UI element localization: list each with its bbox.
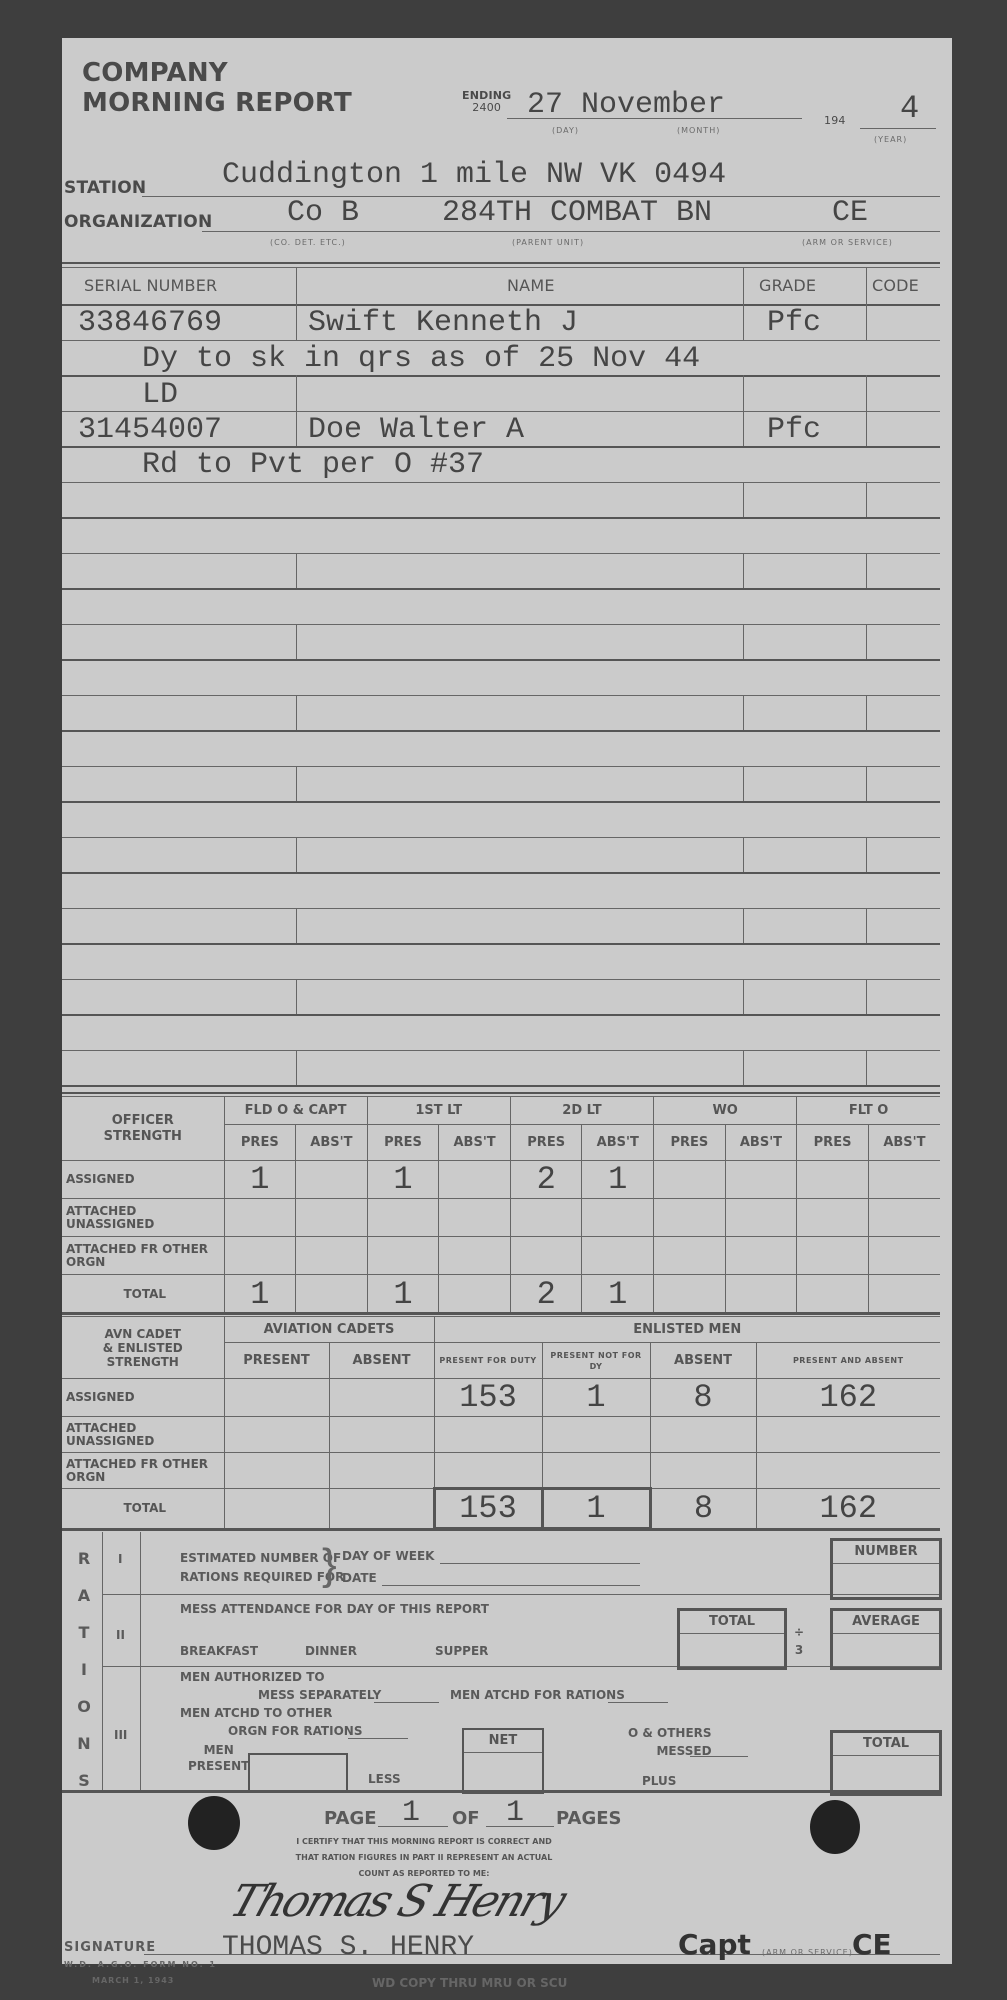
col-code: CODE: [872, 276, 919, 295]
cell: [582, 1237, 654, 1275]
col-absent: ABSENT: [650, 1343, 756, 1379]
cell: [654, 1199, 726, 1237]
breakfast-label: BREAKFAST: [180, 1644, 258, 1658]
date-label: DATE: [342, 1571, 377, 1585]
mess-separately-field[interactable]: [374, 1702, 439, 1703]
total-box-label: TOTAL: [680, 1611, 784, 1634]
part-2-numeral: II: [116, 1628, 125, 1642]
cell: [868, 1161, 940, 1199]
cell: [296, 1161, 368, 1199]
station-value: Cuddington 1 mile NW VK 0494: [222, 158, 726, 192]
signer-rank: Capt: [678, 1928, 751, 1961]
letter: A: [72, 1577, 96, 1614]
divider: [296, 267, 297, 340]
page-label: PAGE: [324, 1808, 377, 1829]
o-others-label: O & OTHERS MESSED: [628, 1724, 712, 1760]
rule: [102, 1594, 940, 1595]
cell: [868, 1199, 940, 1237]
organization-label: ORGANIZATION: [64, 212, 212, 232]
rule: [62, 1092, 940, 1094]
title-line: OFFICER: [62, 1113, 224, 1129]
part-1-numeral: I: [118, 1552, 122, 1566]
row-label: ATTACHED UNASSIGNED: [62, 1417, 224, 1453]
divider: [296, 1050, 297, 1085]
cell: 162: [756, 1489, 940, 1529]
divider: [743, 695, 744, 730]
supper-label: SUPPER: [435, 1644, 488, 1658]
cell: [542, 1417, 650, 1453]
rule: [62, 1050, 940, 1051]
caption-co: (CO. DET. ETC.): [270, 238, 346, 247]
group-flt-o: FLT O: [797, 1097, 940, 1125]
divider: [866, 553, 867, 588]
cell: [650, 1417, 756, 1453]
divider: [866, 837, 867, 872]
entry-remark: LD: [142, 378, 178, 412]
sub-abst: ABS'T: [296, 1125, 368, 1161]
cell: 1: [582, 1161, 654, 1199]
page-number: 1: [402, 1796, 420, 1830]
rations-side-label: R A T I O N S: [72, 1540, 96, 1799]
cell: [439, 1199, 511, 1237]
number-box[interactable]: NUMBER: [830, 1538, 942, 1600]
rule: [62, 908, 940, 909]
rule: [62, 340, 940, 341]
divider: [743, 979, 744, 1014]
row-label: ATTACHED FR OTHER ORGN: [62, 1453, 224, 1489]
cell: [542, 1453, 650, 1489]
entries-top-rule: [62, 262, 940, 264]
divider: [743, 766, 744, 801]
divider: [743, 624, 744, 659]
rule: [62, 943, 940, 945]
row-label: TOTAL: [62, 1489, 224, 1529]
group-wo: WO: [654, 1097, 797, 1125]
divider: [743, 837, 744, 872]
rule: [62, 1014, 940, 1016]
atchd-rations-field[interactable]: [608, 1702, 668, 1703]
cell: [868, 1275, 940, 1315]
caption-parent: (PARENT UNIT): [512, 238, 584, 247]
caption-arm: (ARM OR SERVICE): [802, 238, 893, 247]
cell: 1: [367, 1275, 439, 1315]
ending-label: ENDING 2400: [462, 90, 511, 114]
enlisted-row-attached-fr-other: ATTACHED FR OTHER ORGN: [62, 1453, 940, 1489]
row-label: ASSIGNED: [62, 1379, 224, 1417]
net-box[interactable]: NET: [462, 1728, 544, 1794]
title-line: STRENGTH: [62, 1355, 224, 1369]
divider: [296, 837, 297, 872]
plus-label: PLUS: [642, 1774, 676, 1788]
pages-label: PAGES: [556, 1808, 622, 1829]
rule: [62, 801, 940, 803]
page-total: 1: [506, 1796, 524, 1830]
divider: [296, 979, 297, 1014]
signer-arm: CE: [852, 1928, 892, 1961]
rule: [62, 695, 940, 696]
atchd-rations-label: MEN ATCHD FOR RATIONS: [450, 1688, 625, 1702]
net-box-label: NET: [464, 1730, 542, 1753]
certify-line: I CERTIFY THAT THIS MORNING REPORT IS CO…: [274, 1834, 574, 1850]
cell: [510, 1237, 582, 1275]
cell: 153: [434, 1489, 542, 1529]
group-aviation-cadets: AVIATION CADETS: [224, 1317, 434, 1343]
o-others-field[interactable]: [690, 1756, 748, 1757]
group-2d-lt: 2D LT: [510, 1097, 653, 1125]
year-value: 4: [900, 90, 919, 127]
rule: [62, 624, 940, 625]
cell: [329, 1453, 434, 1489]
enlisted-strength-table: AVN CADET & ENLISTED STRENGTH AVIATION C…: [62, 1316, 940, 1530]
divider: [866, 267, 867, 340]
label-line: MESSED: [628, 1742, 712, 1760]
day-caption: (DAY): [552, 126, 579, 135]
entry-serial: 33846769: [78, 306, 222, 340]
divider: [296, 375, 297, 446]
rule: [62, 517, 940, 519]
sub-abst: ABS'T: [868, 1125, 940, 1161]
col-cadets-present: PRESENT: [224, 1343, 329, 1379]
title-line-2: MORNING REPORT: [82, 88, 352, 118]
col-name: NAME: [507, 276, 555, 295]
divider: [743, 1050, 744, 1085]
cell: 1: [224, 1275, 296, 1315]
part-1-label: ESTIMATED NUMBER OF RATIONS REQUIRED FOR: [180, 1549, 344, 1587]
col-cadets-absent: ABSENT: [329, 1343, 434, 1379]
officer-strength-title: OFFICER STRENGTH: [62, 1097, 224, 1161]
cell: [224, 1379, 329, 1417]
cell: [224, 1489, 329, 1529]
cell: [654, 1161, 726, 1199]
form-number: W.D. A.G.O. FORM NO. 1: [64, 1960, 217, 1969]
divider: [743, 908, 744, 943]
cell: [329, 1379, 434, 1417]
section-rule: [62, 1312, 940, 1315]
divider: [102, 1532, 103, 1790]
divider: [866, 766, 867, 801]
cell: [439, 1275, 511, 1315]
officer-row-assigned: ASSIGNED 1 1 2 1: [62, 1161, 940, 1199]
cell: 1: [542, 1489, 650, 1529]
signer-typed-name: THOMAS S. HENRY: [222, 1932, 474, 1963]
title-line: STRENGTH: [62, 1129, 224, 1145]
section-rule: [62, 1528, 940, 1531]
wax-seal-right: [810, 1800, 860, 1854]
other-line-1: MEN ATCHD TO OTHER: [180, 1706, 332, 1720]
cell: [224, 1417, 329, 1453]
sub-abst: ABS'T: [725, 1125, 797, 1161]
col-grade: GRADE: [759, 276, 816, 295]
cell: [725, 1199, 797, 1237]
entry-grade: Pfc: [767, 413, 821, 447]
col-present-not-for-duty: PRESENT NOT FOR DY: [542, 1343, 650, 1379]
cell: [296, 1275, 368, 1315]
cell: [797, 1237, 869, 1275]
cell: [654, 1275, 726, 1315]
enlisted-row-attached-unassigned: ATTACHED UNASSIGNED: [62, 1417, 940, 1453]
arm-caption: (ARM OR SERVICE): [762, 1948, 853, 1957]
copy-note: WD COPY THRU MRU OR SCU: [372, 1976, 567, 1990]
cell: [296, 1237, 368, 1275]
cell: 8: [650, 1379, 756, 1417]
wax-seal-left: [188, 1796, 240, 1850]
part-3-total-box[interactable]: TOTAL: [830, 1730, 942, 1796]
brace-icon: }: [322, 1540, 337, 1590]
cell: [224, 1199, 296, 1237]
divider: [296, 695, 297, 730]
cell: [725, 1275, 797, 1315]
entry-name: Swift Kenneth J: [308, 306, 578, 340]
year-prefix: 194: [824, 114, 846, 127]
cell: 8: [650, 1489, 756, 1529]
cell: 1: [582, 1275, 654, 1315]
cell: [756, 1417, 940, 1453]
enlisted-row-total: TOTAL 153 1 8 162: [62, 1489, 940, 1529]
dinner-label: DINNER: [305, 1644, 357, 1658]
cell: 1: [542, 1379, 650, 1417]
men-present-label: MEN PRESENT: [188, 1742, 249, 1774]
cell: [367, 1237, 439, 1275]
organization-parent-unit: 284TH COMBAT BN: [442, 196, 712, 230]
sub-pres: PRES: [797, 1125, 869, 1161]
certification-text: I CERTIFY THAT THIS MORNING REPORT IS CO…: [274, 1834, 574, 1882]
rule: [62, 588, 940, 590]
cell: [725, 1161, 797, 1199]
organization-underline: [202, 231, 940, 232]
form-date: MARCH 1, 1943: [92, 1976, 174, 1985]
rule: [62, 766, 940, 767]
col-serial-number: SERIAL NUMBER: [84, 276, 217, 295]
men-present-box[interactable]: [248, 1753, 348, 1793]
sub-pres: PRES: [510, 1125, 582, 1161]
of-label: OF: [452, 1808, 480, 1829]
label-line: ESTIMATED NUMBER OF: [180, 1549, 344, 1568]
rule: [62, 659, 940, 661]
other-line-2: ORGN FOR RATIONS: [228, 1724, 362, 1738]
divider: [140, 1532, 141, 1790]
date-field[interactable]: [382, 1585, 640, 1586]
divider: [866, 695, 867, 730]
organization-company: Co B: [287, 196, 359, 230]
divider: [866, 482, 867, 517]
rule: [62, 553, 940, 554]
cell: [797, 1199, 869, 1237]
station-label: STATION: [64, 178, 146, 198]
cell: [868, 1237, 940, 1275]
cell: 1: [224, 1161, 296, 1199]
label-line: RATIONS REQUIRED FOR: [180, 1568, 344, 1587]
rule: [62, 730, 940, 732]
cell: [224, 1237, 296, 1275]
sub-pres: PRES: [224, 1125, 296, 1161]
letter: N: [72, 1725, 96, 1762]
less-label: LESS: [368, 1772, 401, 1786]
cell: [654, 1237, 726, 1275]
sub-pres: PRES: [654, 1125, 726, 1161]
sub-pres: PRES: [367, 1125, 439, 1161]
cell: [434, 1417, 542, 1453]
letter: R: [72, 1540, 96, 1577]
cell: [582, 1199, 654, 1237]
cell: [725, 1237, 797, 1275]
divide-by-three: ÷ 3: [792, 1623, 806, 1659]
officer-row-total: TOTAL 1 1 2 1: [62, 1275, 940, 1315]
mess-total-box[interactable]: TOTAL: [677, 1608, 787, 1670]
group-1st-lt: 1ST LT: [367, 1097, 510, 1125]
cell: 162: [756, 1379, 940, 1417]
rule: [62, 482, 940, 483]
year-underline: [860, 128, 936, 129]
sub-abst: ABS'T: [582, 1125, 654, 1161]
rule: [62, 872, 940, 874]
enlisted-strength-title: AVN CADET & ENLISTED STRENGTH: [62, 1317, 224, 1379]
rule: [62, 979, 940, 980]
form-title: COMPANY MORNING REPORT: [82, 58, 352, 118]
rule: [62, 1085, 940, 1087]
cell: 1: [367, 1161, 439, 1199]
divider: [296, 908, 297, 943]
cell: [756, 1453, 940, 1489]
cell: [224, 1453, 329, 1489]
divider: [866, 979, 867, 1014]
year-caption: (YEAR): [874, 135, 907, 144]
cell: [367, 1199, 439, 1237]
officer-strength-table: OFFICER STRENGTH FLD O & CAPT 1ST LT 2D …: [62, 1096, 940, 1315]
month-caption: (MONTH): [677, 126, 720, 135]
label-line: MEN: [188, 1742, 249, 1758]
row-label: ATTACHED UNASSIGNED: [62, 1199, 224, 1237]
title-line: AVN CADET: [62, 1327, 224, 1341]
cell: [329, 1489, 434, 1529]
auth-line-2: MESS SEPARATELY: [258, 1688, 381, 1702]
row-label: ASSIGNED: [62, 1161, 224, 1199]
entry-serial: 31454007: [78, 413, 222, 447]
part-3-numeral: III: [114, 1728, 127, 1742]
cell: 153: [434, 1379, 542, 1417]
entry-grade: Pfc: [767, 306, 821, 340]
officer-row-attached-unassigned: ATTACHED UNASSIGNED: [62, 1199, 940, 1237]
morning-report-form: COMPANY MORNING REPORT ENDING 2400 27 No…: [62, 38, 952, 1964]
title-line-1: COMPANY: [82, 58, 352, 88]
letter: S: [72, 1762, 96, 1799]
letter: I: [72, 1651, 96, 1688]
cell: [797, 1161, 869, 1199]
cell: [439, 1161, 511, 1199]
rule: [62, 837, 940, 838]
average-box-label: AVERAGE: [833, 1611, 939, 1634]
ending-time: 2400: [462, 102, 511, 114]
entry-remark: Dy to sk in qrs as of 25 Nov 44: [142, 342, 700, 376]
title-line: & ENLISTED: [62, 1341, 224, 1355]
divider: [866, 908, 867, 943]
auth-line-1: MEN AUTHORIZED TO: [180, 1670, 325, 1684]
group-fld-o-capt: FLD O & CAPT: [224, 1097, 367, 1125]
day-of-week-label: DAY OF WEEK: [342, 1549, 434, 1563]
signature-label: SIGNATURE: [64, 1940, 156, 1955]
col-present-for-duty: PRESENT FOR DUTY: [434, 1343, 542, 1379]
certify-line: THAT RATION FIGURES IN PART II REPRESENT…: [274, 1850, 574, 1866]
total-box-label: TOTAL: [833, 1733, 939, 1756]
cell: [797, 1275, 869, 1315]
divider: [743, 267, 744, 340]
cell: [329, 1417, 434, 1453]
divider: [296, 553, 297, 588]
entry-remark: Rd to Pvt per O #37: [142, 448, 484, 482]
organization-arm: CE: [832, 196, 868, 230]
entries-top-rule-2: [62, 267, 940, 268]
handwritten-signature: Thomas S Henry: [224, 1876, 570, 1927]
group-enlisted-men: ENLISTED MEN: [434, 1317, 940, 1343]
sub-abst: ABS'T: [439, 1125, 511, 1161]
cell: [439, 1237, 511, 1275]
divider: [743, 482, 744, 517]
label-line: O & OTHERS: [628, 1724, 712, 1742]
cell: 2: [510, 1275, 582, 1315]
divider: [296, 766, 297, 801]
row-label: ATTACHED FR OTHER ORGN: [62, 1237, 224, 1275]
other-orgn-field[interactable]: [348, 1738, 408, 1739]
cell: 2: [510, 1161, 582, 1199]
mess-attendance-title: MESS ATTENDANCE FOR DAY OF THIS REPORT: [180, 1602, 489, 1616]
entry-name: Doe Walter A: [308, 413, 524, 447]
average-box[interactable]: AVERAGE: [830, 1608, 942, 1670]
date-value: 27 November: [527, 88, 725, 122]
label-line: PRESENT: [188, 1758, 249, 1774]
day-of-week-field[interactable]: [440, 1563, 640, 1564]
enlisted-row-assigned: ASSIGNED 153 1 8 162: [62, 1379, 940, 1417]
cell: [510, 1199, 582, 1237]
divider: [866, 375, 867, 446]
rule: [62, 411, 940, 412]
cell: [296, 1199, 368, 1237]
col-present-and-absent: PRESENT AND ABSENT: [756, 1343, 940, 1379]
divider: [743, 553, 744, 588]
number-box-label: NUMBER: [833, 1541, 939, 1564]
divider: [866, 1050, 867, 1085]
officer-row-attached-fr-other: ATTACHED FR OTHER ORGN: [62, 1237, 940, 1275]
letter: T: [72, 1614, 96, 1651]
rule: [102, 1666, 940, 1667]
divider: [866, 624, 867, 659]
divider: [296, 624, 297, 659]
cell: [650, 1453, 756, 1489]
divider: [743, 375, 744, 446]
cell: [434, 1453, 542, 1489]
letter: O: [72, 1688, 96, 1725]
row-label: TOTAL: [62, 1275, 224, 1315]
